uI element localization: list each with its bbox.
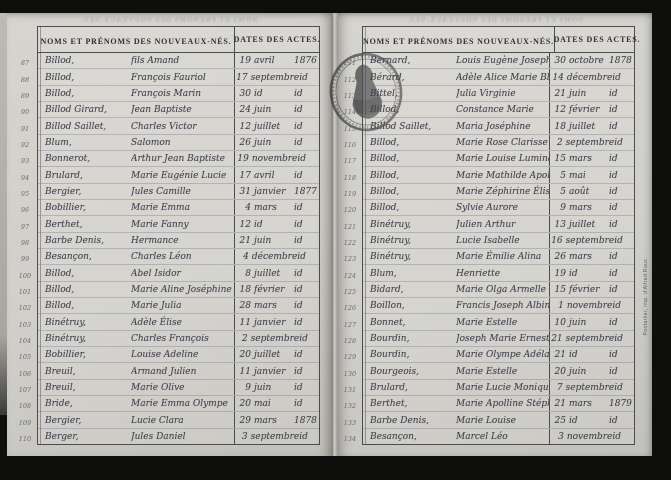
act-date: 19avril1876	[234, 53, 319, 68]
act-date-day: 28	[235, 301, 251, 311]
given-names: Charles François	[131, 331, 234, 346]
act-date-month: septembre	[566, 334, 615, 344]
act-date: 10juinid	[549, 314, 634, 329]
surname: Bergier,	[38, 412, 131, 427]
given-names: Lucie Clara	[131, 412, 234, 427]
register-row: 113 Bittel, Julia Virginie 21juinid	[363, 86, 634, 102]
register-row: 121 Binétruy, Julien Arthur 13juilletid	[363, 216, 634, 232]
register-row: 125 Bidard, Marie Olga Armelle 15février…	[363, 282, 634, 298]
act-date-month: juillet	[569, 220, 609, 230]
act-date-day: 12	[235, 220, 251, 230]
row-number: 117	[341, 157, 359, 165]
names-column-header: NOMS ET PRÉNOMS DES NOUVEAUX-NÉS.	[363, 31, 554, 49]
register-row: 118 Billod, Marie Mathilde Apolline 5mai…	[363, 167, 634, 183]
act-date-month: mai	[254, 399, 294, 409]
act-date-month: juin	[569, 89, 609, 99]
act-date-day: 9	[235, 383, 251, 393]
act-date-month: septembre	[251, 432, 300, 442]
act-date: 16septembreid	[549, 233, 634, 248]
register-row: 100 Billod, Abel Isidor 8juilletid	[38, 265, 319, 281]
act-date-year: id	[294, 269, 319, 279]
act-date: 20juilletid	[234, 347, 319, 362]
act-date: 31janvier1877	[234, 184, 319, 199]
act-date-day: 12	[550, 105, 566, 115]
surname: Berger,	[38, 429, 131, 444]
row-number: 119	[341, 190, 359, 198]
register-row: 97 Berthet, Marie Fanny 12idid	[38, 216, 319, 232]
act-date: 12idid	[234, 216, 319, 231]
surname: Breuil,	[38, 380, 131, 395]
register-row: 99 Besançon, Charles Léon 4décembreid	[38, 249, 319, 265]
surname: Billod,	[363, 167, 456, 182]
row-number: 93	[16, 157, 34, 165]
row-number: 133	[341, 419, 359, 427]
act-date-month: novembre	[567, 432, 613, 442]
act-date-month: id	[254, 89, 294, 99]
given-names: Marie Emma	[131, 200, 234, 215]
act-date-day: 29	[235, 416, 251, 426]
register-page-right: NOMS ET PRÉNOMS DES NOUVEAUX-NÉS. NOMS E…	[338, 13, 652, 456]
given-names: Francis Joseph Albin	[456, 298, 549, 313]
act-date-day: 26	[550, 252, 566, 262]
register-row: 117 Billod, Marie Louise Lumina 15marsid	[363, 151, 634, 167]
row-number: 100	[16, 272, 34, 280]
register-row: 133 Barbe Denis, Marie Louise 25idid	[363, 412, 634, 428]
row-number: 104	[16, 337, 34, 345]
names-column-label: NOMS ET PRÉNOMS DES NOUVEAUX-NÉS.	[363, 37, 554, 46]
register-row: 109 Bergier, Lucie Clara 29mars1878	[38, 412, 319, 428]
surname: Binétruy,	[38, 314, 131, 329]
act-date-month: décembre	[567, 73, 612, 83]
surname: Bonnet,	[363, 314, 456, 329]
act-date-year: id	[609, 154, 634, 164]
act-date-day: 21	[550, 89, 566, 99]
act-date-year: id	[609, 367, 634, 377]
act-date-month: septembre	[251, 334, 300, 344]
act-date-month: novembre	[567, 301, 613, 311]
row-number: 88	[16, 76, 34, 84]
act-date-day: 11	[235, 318, 251, 328]
given-names: Marie Rose Clarisse	[456, 135, 549, 150]
act-date: 28marsid	[234, 298, 319, 313]
act-date: 30idid	[234, 86, 319, 101]
act-date-day: 30	[550, 56, 566, 66]
act-date-month: juin	[254, 105, 294, 115]
given-names: Adèle Élise	[131, 314, 234, 329]
dates-column-header: DATES DES ACTES.	[234, 27, 319, 52]
act-date-year: id	[609, 105, 634, 115]
act-date: 29mars1878	[234, 412, 319, 427]
surname: Berthet,	[363, 396, 456, 411]
act-date-month: id	[569, 416, 609, 426]
given-names: Marie Émilie Alina	[456, 249, 549, 264]
surname: Billod,	[363, 151, 456, 166]
register-row: 103 Binétruy, Adèle Élise 11janvierid	[38, 314, 319, 330]
act-date: 21septembreid	[549, 331, 634, 346]
given-names: Marie Olympe Adélaïde	[456, 347, 549, 362]
act-date-month: mai	[569, 171, 609, 181]
act-date-day: 24	[235, 105, 251, 115]
register-row: 130 Bourgeois, Marie Estelle 20juinid	[363, 363, 634, 379]
act-date: 2septembreid	[234, 331, 319, 346]
dates-column-header: DATES DES ACTES.	[554, 27, 639, 52]
act-date-month: février	[254, 285, 294, 295]
act-date: 11janvierid	[234, 363, 319, 378]
act-date-month: décembre	[252, 252, 297, 262]
given-names: Armand Julien	[131, 363, 234, 378]
act-date-day: 21	[550, 399, 566, 409]
act-date-day: 20	[235, 399, 251, 409]
surname: Billod Saillet,	[363, 118, 456, 133]
register-row: 88 Billod, François Fauriol 17septembrei…	[38, 69, 319, 85]
given-names: Constance Marie	[456, 102, 549, 117]
act-date-year: id	[609, 269, 634, 279]
act-date: 30octobre1878	[549, 53, 634, 68]
given-names: Marcel Léo	[456, 429, 549, 444]
act-date-year: id	[294, 367, 319, 377]
register-table-right: NOMS ET PRÉNOMS DES NOUVEAUX-NÉS. DATES …	[362, 26, 635, 445]
row-number: 113	[341, 92, 359, 100]
act-date: 21idid	[549, 347, 634, 362]
row-number: 87	[16, 59, 34, 67]
surname: Bonnerot,	[38, 151, 131, 166]
register-row: 126 Boillon, Francis Joseph Albin 1novem…	[363, 298, 634, 314]
given-names: Marie Julia	[131, 298, 234, 313]
given-names: Julia Virginie	[456, 86, 549, 101]
register-row: 92 Blum, Salomon 26juinid	[38, 135, 319, 151]
row-number: 95	[16, 190, 34, 198]
row-number: 94	[16, 174, 34, 182]
act-date-month: juin	[254, 138, 294, 148]
register-row: 128 Bourdin, Joseph Marie Ernest 21septe…	[363, 331, 634, 347]
act-date-day: 20	[550, 367, 566, 377]
given-names: Hermance	[131, 233, 234, 248]
act-date-day: 25	[550, 416, 566, 426]
register-row: 120 Billod, Sylvie Aurore 9marsid	[363, 200, 634, 216]
surname: Billod,	[38, 69, 131, 84]
register-row: 134 Besançon, Marcel Léo 3novembreid	[363, 429, 634, 444]
act-date-day: 1	[550, 301, 564, 311]
row-number: 115	[341, 125, 359, 133]
showthrough-text: NOMS ET PRÉNOMS DES NOUVEAUX-NÉS.	[7, 16, 331, 24]
given-names: Marie Estelle	[456, 363, 549, 378]
act-date-year: id	[294, 171, 319, 181]
act-date-month: octobre	[569, 56, 609, 66]
scanned-register-spread: { "column_headers": { "names": "NOMS ET …	[0, 0, 671, 480]
act-date-year: id	[609, 416, 634, 426]
register-row: 101 Billod, Marie Aline Joséphine 18févr…	[38, 282, 319, 298]
given-names: Sylvie Aurore	[456, 200, 549, 215]
given-names: Arthur Jean Baptiste	[131, 151, 234, 166]
surname: Bittel,	[363, 86, 456, 101]
surname: Binétruy,	[363, 233, 456, 248]
register-row: 89 Billod, François Marin 30idid	[38, 86, 319, 102]
row-number: 128	[341, 337, 359, 345]
surname: Bride,	[38, 396, 131, 411]
act-date-year: id	[297, 252, 319, 262]
act-date-year: id	[294, 89, 319, 99]
act-date: 18févrierid	[234, 282, 319, 297]
act-date: 5aoûtid	[549, 184, 634, 199]
act-date-month: janvier	[254, 367, 294, 377]
act-date-year: id	[294, 236, 319, 246]
row-number: 131	[341, 386, 359, 394]
register-row: 94 Brulard, Marie Eugénie Lucie 17avrili…	[38, 167, 319, 183]
act-date: 15marsid	[549, 151, 634, 166]
act-date: 18juilletid	[549, 118, 634, 133]
given-names: Marie Louise Lumina	[456, 151, 549, 166]
act-date-month: février	[569, 285, 609, 295]
surname: Bernard,	[363, 53, 456, 68]
act-date-month: id	[569, 350, 609, 360]
act-date-year: 1876	[294, 56, 319, 66]
act-date-year: id	[609, 187, 634, 197]
register-row: 129 Bourdin, Marie Olympe Adélaïde 21idi…	[363, 347, 634, 363]
act-date-day: 21	[550, 350, 566, 360]
surname: Blum,	[38, 135, 131, 150]
act-date: 4décembreid	[234, 249, 319, 264]
act-date-day: 7	[550, 383, 563, 393]
surname: Berthet,	[38, 216, 131, 231]
act-date: 26marsid	[549, 249, 634, 264]
act-date-month: janvier	[254, 187, 294, 197]
act-date-day: 19	[235, 56, 251, 66]
row-number: 129	[341, 353, 359, 361]
act-date-year: id	[294, 122, 319, 132]
act-date-year: id	[609, 285, 634, 295]
surname: Besançon,	[363, 429, 456, 444]
act-date-month: id	[254, 220, 294, 230]
act-date-year: id	[294, 203, 319, 213]
register-row: 132 Berthet, Marie Apolline Stéphanie 21…	[363, 396, 634, 412]
given-names: Joseph Marie Ernest	[456, 331, 549, 346]
surname: Billod,	[38, 86, 131, 101]
surname: Binétruy,	[363, 249, 456, 264]
act-date: 9juinid	[234, 380, 319, 395]
register-row: 131 Brulard, Marie Lucie Monique 7septem…	[363, 380, 634, 396]
register-row: 91 Billod Saillet, Charles Victor 12juil…	[38, 118, 319, 134]
act-date: 4marsid	[234, 200, 319, 215]
row-number: 108	[16, 402, 34, 410]
act-date: 8juilletid	[234, 265, 319, 280]
register-row: 108 Bride, Marie Emma Olympe 20maiid	[38, 396, 319, 412]
surname: Boillon,	[363, 298, 456, 313]
act-date: 20maiid	[234, 396, 319, 411]
act-date-day: 30	[235, 89, 251, 99]
surname: Billod,	[363, 200, 456, 215]
names-column-header: NOMS ET PRÉNOMS DES NOUVEAUX-NÉS.	[38, 31, 234, 49]
register-row: 127 Bonnet, Marie Estelle 10juinid	[363, 314, 634, 330]
act-date-month: mars	[254, 203, 294, 213]
act-date-year: id	[609, 318, 634, 328]
row-number: 102	[16, 304, 34, 312]
act-date: 26juinid	[234, 135, 319, 150]
act-date: 11janvierid	[234, 314, 319, 329]
printer-imprint: Pontarlier, imp. d'Alfred Roux.	[643, 257, 649, 335]
act-date-day: 15	[550, 285, 566, 295]
surname: Bérard,	[363, 69, 456, 84]
row-number: 130	[341, 370, 359, 378]
row-number: 125	[341, 288, 359, 296]
act-date: 3septembreid	[234, 429, 319, 444]
given-names: Marie Emma Olympe	[131, 396, 234, 411]
act-date: 1novembreid	[549, 298, 634, 313]
register-row: 95 Bergier, Jules Camille 31janvier1877	[38, 184, 319, 200]
given-names: Maria Joséphine	[456, 118, 549, 133]
act-date-day: 17	[235, 73, 248, 83]
surname: Billod Girard,	[38, 102, 131, 117]
scan-paper-edge	[0, 13, 7, 415]
act-date-year: id	[609, 122, 634, 132]
register-row: 96 Bobillier, Marie Emma 4marsid	[38, 200, 319, 216]
act-date-year: 1877	[294, 187, 319, 197]
surname: Binétruy,	[38, 331, 131, 346]
surname: Barbe Denis,	[38, 233, 131, 248]
surname: Barbe Denis,	[363, 412, 456, 427]
surname: Blum,	[363, 265, 456, 280]
surname: Breuil,	[38, 363, 131, 378]
act-date-day: 13	[550, 220, 566, 230]
act-date-year: id	[609, 220, 634, 230]
row-number: 123	[341, 255, 359, 263]
act-date-year: 1879	[609, 399, 634, 409]
act-date-day: 20	[235, 350, 251, 360]
act-date: 15févrierid	[549, 282, 634, 297]
surname: Bourdin,	[363, 331, 456, 346]
surname: Billod,	[363, 102, 456, 117]
act-date-year: id	[612, 73, 634, 83]
act-date-year: id	[299, 432, 319, 442]
given-names: Charles Léon	[131, 249, 234, 264]
register-row: 102 Billod, Marie Julia 28marsid	[38, 298, 319, 314]
register-row: 123 Binétruy, Marie Émilie Alina 26marsi…	[363, 249, 634, 265]
act-date-year: id	[609, 171, 634, 181]
act-date-year: 1878	[609, 56, 634, 66]
register-row: 111 Bernard, Louis Eugène Joseph 30octob…	[363, 53, 634, 69]
given-names: Lucie Isabelle	[456, 233, 549, 248]
act-date-month: mars	[569, 203, 609, 213]
act-date-year: id	[614, 138, 634, 148]
act-date: 21mars1879	[549, 396, 634, 411]
act-date-day: 8	[235, 269, 251, 279]
given-names: Louis Eugène Joseph	[456, 53, 549, 68]
given-names: Jules Camille	[131, 184, 234, 199]
act-date: 17septembreid	[234, 69, 319, 84]
act-date-day: 15	[550, 154, 566, 164]
act-date-year: id	[612, 301, 634, 311]
act-date-month: mars	[254, 416, 294, 426]
row-number: 101	[16, 288, 34, 296]
given-names: fils Amand	[131, 53, 234, 68]
act-date-year: id	[612, 432, 634, 442]
act-date-day: 10	[550, 318, 566, 328]
act-date-year: id	[294, 105, 319, 115]
register-rows: 111 Bernard, Louis Eugène Joseph 30octob…	[363, 53, 634, 444]
act-date: 19novembreid	[234, 151, 319, 166]
surname: Billod Saillet,	[38, 118, 131, 133]
act-date-month: janvier	[254, 318, 294, 328]
surname: Bobillier,	[38, 347, 131, 362]
act-date-year: id	[294, 220, 319, 230]
act-date-month: mars	[569, 252, 609, 262]
act-date-month: novembre	[252, 154, 298, 164]
act-date-day: 17	[235, 171, 251, 181]
given-names: Marie Louise	[456, 412, 549, 427]
names-column-label: NOMS ET PRÉNOMS DES NOUVEAUX-NÉS.	[41, 37, 232, 46]
act-date: 21juinid	[234, 233, 319, 248]
row-number: 97	[16, 223, 34, 231]
row-number: 112	[341, 76, 359, 84]
register-rows: 87 Billod, fils Amand 19avril1876 88 Bil…	[38, 53, 319, 444]
act-date-year: id	[294, 350, 319, 360]
act-date-day: 12	[235, 122, 251, 132]
register-row: 104 Binétruy, Charles François 2septembr…	[38, 331, 319, 347]
act-date-month: juin	[569, 318, 609, 328]
act-date: 3novembreid	[549, 429, 634, 444]
row-number: 114	[341, 108, 359, 116]
act-date-day: 21	[550, 334, 563, 344]
given-names: François Marin	[131, 86, 234, 101]
act-date-year: 1878	[294, 416, 319, 426]
act-date-day: 5	[550, 187, 566, 197]
surname: Bidard,	[363, 282, 456, 297]
row-number: 111	[341, 59, 359, 67]
given-names: Marie Olga Armelle	[456, 282, 549, 297]
act-date-year: id	[614, 334, 634, 344]
register-page-left: NOMS ET PRÉNOMS DES NOUVEAUX-NÉS. NOMS E…	[7, 13, 331, 456]
given-names: Julien Arthur	[456, 216, 549, 231]
row-number: 110	[16, 435, 34, 443]
given-names: Marie Eugénie Lucie	[131, 167, 234, 182]
act-date: 17avrilid	[234, 167, 319, 182]
act-date-day: 3	[235, 432, 248, 442]
row-number: 96	[16, 206, 34, 214]
act-date-day: 14	[550, 73, 564, 83]
surname: Brulard,	[363, 380, 456, 395]
act-date-month: septembre	[566, 383, 615, 393]
row-number: 121	[341, 223, 359, 231]
given-names: Marie Estelle	[456, 314, 549, 329]
register-row: 90 Billod Girard, Jean Baptiste 24juinid	[38, 102, 319, 118]
act-date-month: septembre	[566, 236, 615, 246]
row-number: 109	[16, 419, 34, 427]
row-number: 105	[16, 353, 34, 361]
surname: Billod,	[363, 184, 456, 199]
register-row: 112 Bérard, Adèle Alice Marie Blanche 14…	[363, 69, 634, 85]
row-number: 118	[341, 174, 359, 182]
given-names: Marie Fanny	[131, 216, 234, 231]
given-names: Jean Baptiste	[131, 102, 234, 117]
given-names: Marie Apolline Stéphanie	[456, 396, 549, 411]
act-date-year: id	[614, 383, 634, 393]
act-date-month: mars	[254, 301, 294, 311]
register-row: 116 Billod, Marie Rose Clarisse 2septemb…	[363, 135, 634, 151]
surname: Billod,	[38, 265, 131, 280]
given-names: Abel Isidor	[131, 265, 234, 280]
act-date-day: 19	[235, 154, 249, 164]
act-date-day: 31	[235, 187, 251, 197]
table-header: NOMS ET PRÉNOMS DES NOUVEAUX-NÉS. DATES …	[38, 27, 319, 53]
row-number: 103	[16, 321, 34, 329]
act-date-month: avril	[254, 56, 294, 66]
row-number: 99	[16, 255, 34, 263]
act-date-month: juillet	[569, 122, 609, 132]
row-number: 106	[16, 370, 34, 378]
act-date: 21juinid	[549, 86, 634, 101]
act-date-day: 4	[235, 252, 249, 262]
given-names: Marie Aline Joséphine	[131, 282, 234, 297]
act-date-day: 11	[235, 367, 251, 377]
